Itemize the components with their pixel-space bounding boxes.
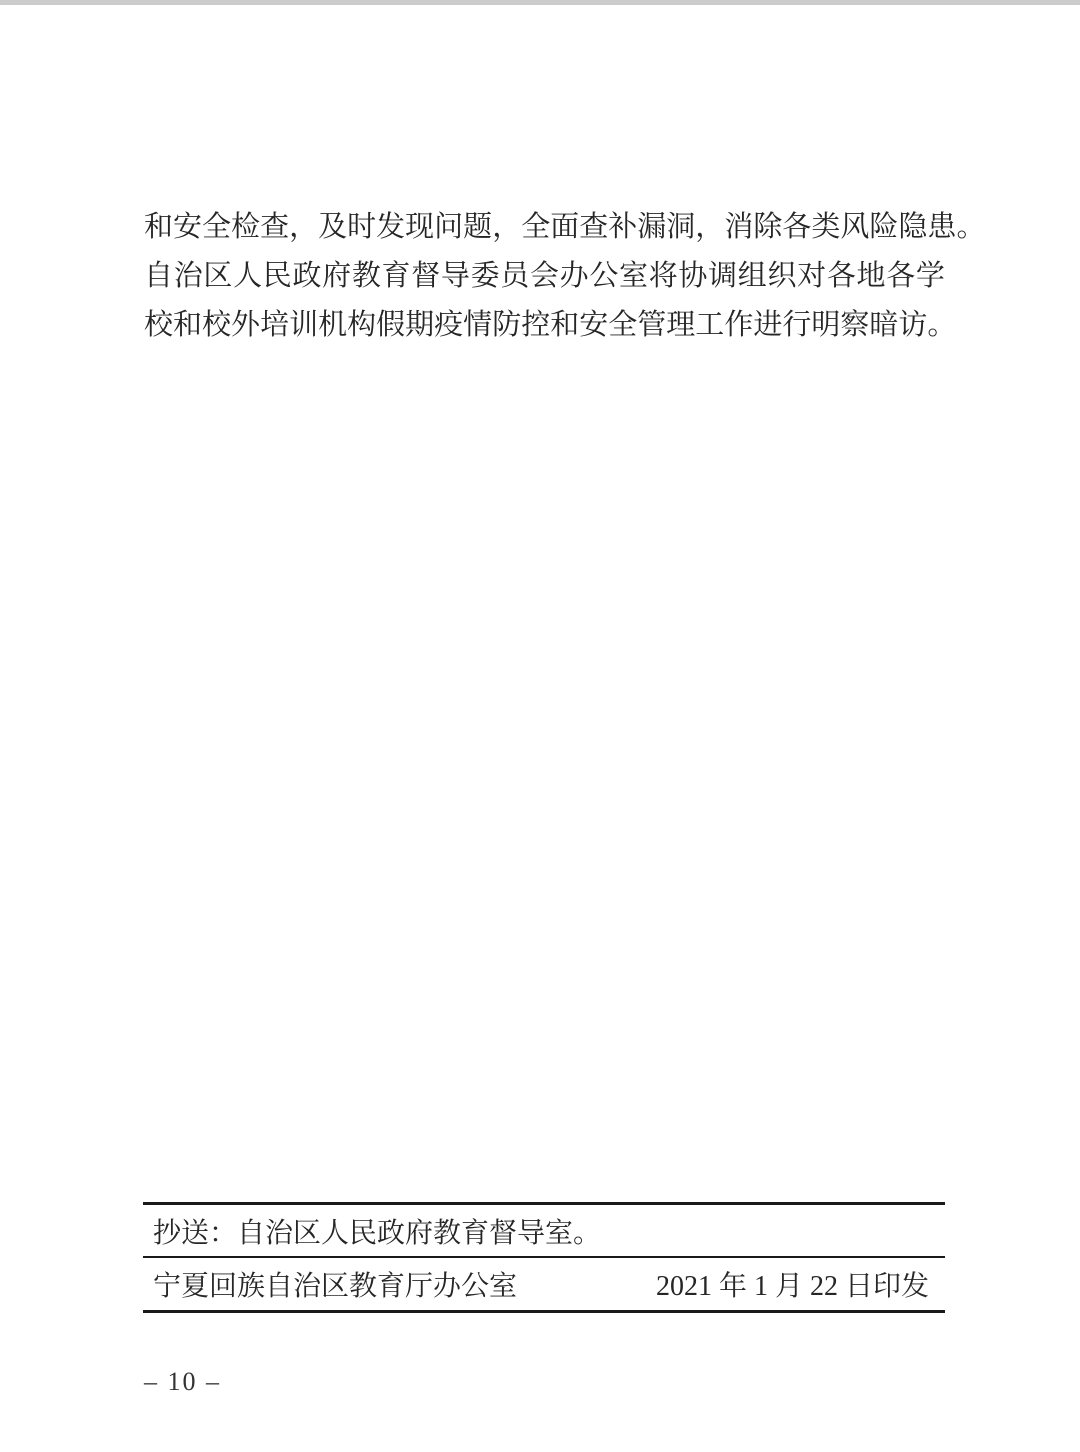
document-page: 和安全检查，及时发现问题，全面查补漏洞，消除各类风险隐患。 自治区人民政府教育督… [0,0,1080,1452]
footer-imprint-block: 抄送：自治区人民政府教育督导室。 宁夏回族自治区教育厅办公室 2021 年 1 … [143,1202,945,1313]
imprint-row: 宁夏回族自治区教育厅办公室 2021 年 1 月 22 日印发 [143,1258,945,1310]
issuing-office: 宁夏回族自治区教育厅办公室 [153,1264,517,1304]
scan-edge-artifact [0,0,1080,5]
body-paragraph: 和安全检查，及时发现问题，全面查补漏洞，消除各类风险隐患。 自治区人民政府教育督… [144,203,945,350]
cc-row: 抄送：自治区人民政府教育督导室。 [143,1205,945,1258]
paragraph-line-3: 校和校外培训机构假期疫情防控和安全管理工作进行明察暗访。 [144,301,945,350]
paragraph-line-2: 自治区人民政府教育督导委员会办公室将协调组织对各地各学 [144,252,945,301]
page-number: – 10 – [144,1367,221,1397]
paragraph-line-1: 和安全检查，及时发现问题，全面查补漏洞，消除各类风险隐患。 [144,203,945,252]
print-date: 2021 年 1 月 22 日印发 [656,1264,929,1304]
cc-line: 抄送：自治区人民政府教育督导室。 [153,1211,601,1251]
